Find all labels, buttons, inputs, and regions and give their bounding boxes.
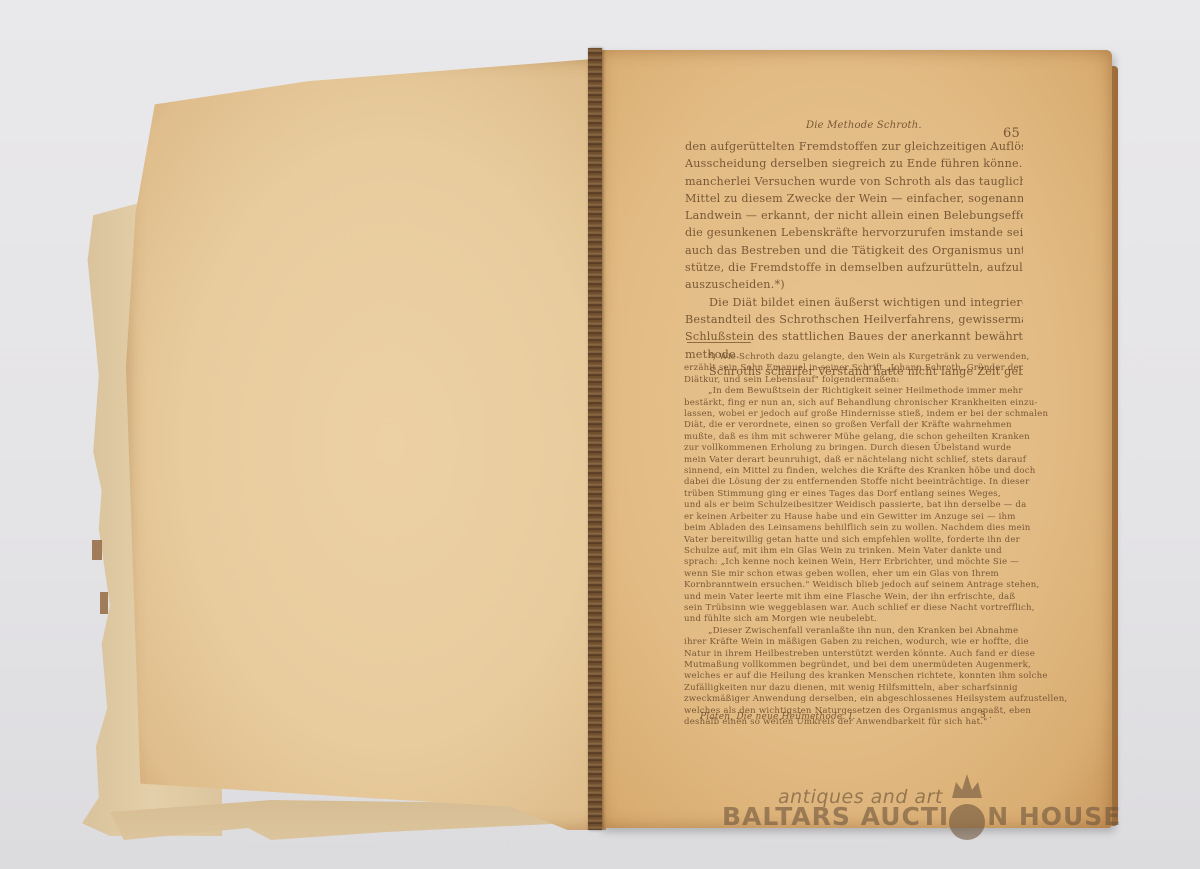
frayed-edge-mark [100,592,108,614]
watermark-name: BALTARS AUCTIN HOUSE [722,802,1121,831]
running-head: Die Methode Schroth. [806,120,922,131]
footnote-line: dabei die Lösung der zu entfernenden Sto… [684,477,1032,488]
body-text: den aufgerüttelten Fremdstoffen zur glei… [685,138,1023,380]
body-line: Bestandteil des Schrothschen Heilverfahr… [685,311,1023,328]
footnote-line: mein Vater derart beunruhigt, daß er näc… [684,455,1032,466]
left-blank-page [126,58,606,830]
body-line: auszuscheiden.*) [685,276,1023,293]
orb-icon [949,804,985,840]
footnote-line: *) Wie Schroth dazu gelangte, den Wein a… [684,352,1032,363]
footnote-line: wenn Sie mir schon etwas geben wollen, e… [684,569,1032,580]
footnote-line: und als er beim Schulzeibesitzer Weidisc… [684,500,1032,511]
footnote-line: „In dem Bewußtsein der Richtigkeit seine… [684,386,1032,397]
footnote-line: er keinen Arbeiter zu Hause habe und ein… [684,512,1032,523]
footnote-line: Diät, die er verordnete, einen so großen… [684,420,1032,431]
footnote-line: Schulze auf, mit ihm ein Glas Wein zu tr… [684,546,1032,557]
footnote-line: mußte, daß es ihm mit schwerer Mühe gela… [684,432,1032,443]
footnote-line: „Dieser Zwischenfall veranlaßte ihn nun,… [684,626,1032,637]
body-line: auch das Bestreben und die Tätigkeit des… [685,242,1023,259]
body-line: die gesunkenen Lebenskräfte hervorzurufe… [685,224,1023,241]
body-line: den aufgerüttelten Fremdstoffen zur glei… [685,138,1023,155]
footnote-line: beim Abladen des Leinsamens behilflich s… [684,523,1032,534]
body-line: Ausscheidung derselben siegreich zu Ende… [685,155,1023,172]
body-line: Die Diät bildet einen äußerst wichtigen … [685,294,1023,311]
footnote-rule [687,342,751,343]
footnote-line: ihrer Kräfte Wein in mäßigen Gaben zu re… [684,637,1032,648]
footnote-line: und fühlte sich am Morgen wie neubelebt. [684,614,1032,625]
footnote-line: Vater bereitwillig getan hatte und sich … [684,535,1032,546]
footnote-line: sprach: „Ich kenne noch keinen Wein, Her… [684,557,1032,568]
footnote-line: trüben Stimmung ging er eines Tages das … [684,489,1032,500]
book-photo: Die Methode Schroth. 65 den aufgerüttelt… [0,0,1200,869]
footnote-line: Kornbranntwein ersuchen." Weidisch blieb… [684,580,1032,591]
footnote-line: sinnend, ein Mittel zu finden, welches d… [684,466,1032,477]
body-line: mancherlei Versuchen wurde von Schroth a… [685,173,1023,190]
footnote-line: zweckmäßiger Anwendung derselben, ein ab… [684,694,1032,705]
footnote-line: zur vollkommenen Erholung zu bringen. Du… [684,443,1032,454]
footnote-line: erzählt sein Sohn Emanuel in seiner Schr… [684,363,1032,374]
watermark-name-part2: N HOUSE [987,802,1121,831]
body-line: stütze, die Fremdstoffe in demselben auf… [685,259,1023,276]
footnote-line: sein Trübsinn wie weggeblasen war. Auch … [684,603,1032,614]
footnote-line: Diätkur, und sein Lebenslauf" folgenderm… [684,375,1032,386]
frayed-edge-mark [92,540,102,560]
body-line: Mittel zu diesem Zwecke der Wein — einfa… [685,190,1023,207]
crown-icon [950,772,984,800]
watermark-name-part1: BALTARS AUCTI [722,802,949,831]
book-spine-binding [588,48,602,830]
signature-line: Platen, Die neue Heilmethode. I. [700,712,855,722]
footnote-text: *) Wie Schroth dazu gelangte, den Wein a… [684,352,1032,728]
footnote-line: lassen, wobei er jedoch auf große Hinder… [684,409,1032,420]
footnote-line: Natur in ihrem Heilbestreben unterstützt… [684,649,1032,660]
footnote-line: und mein Vater leerte mit ihm eine Flasc… [684,592,1032,603]
footnote-line: welches er auf die Heilung des kranken M… [684,671,1032,682]
signature-mark: 5 . [980,711,992,721]
footnote-line: Zufälligkeiten nur dazu dienen, mit weni… [684,683,1032,694]
body-line: Landwein — erkannt, der nicht allein ein… [685,207,1023,224]
footnote-line: Mutmaßung vollkommen begründet, und bei … [684,660,1032,671]
footnote-line: bestärkt, fing er nun an, sich auf Behan… [684,398,1032,409]
